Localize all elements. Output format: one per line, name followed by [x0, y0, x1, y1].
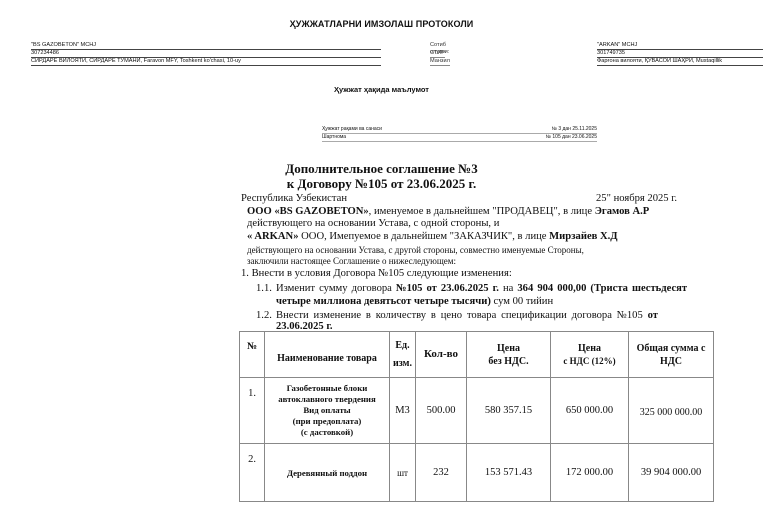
clause-1-1-text: Изменит сумму договора: [276, 283, 396, 294]
clause-1-1-amount: 364 904 000,00 (Триста шестьдесят: [517, 283, 687, 294]
header-price-vat-line2: с НДС (12%): [551, 355, 628, 368]
agreement-title: Дополнительное соглашение №3: [0, 161, 763, 176]
clause-1-1-amount-words: четыре миллиона девятьсот четыре тысячи): [276, 296, 491, 307]
clause-1-1-num: 1.1.: [256, 283, 272, 295]
seller-paragraph: ООО «BS GAZOBETON», именуемое в дальнейш…: [247, 206, 649, 218]
buyer-company: « ARKAN»: [247, 231, 299, 242]
place: Республика Узбекистан: [241, 193, 347, 205]
product-line: автоклавного твердения: [265, 394, 389, 405]
header-unit-line1: Ед.: [390, 339, 415, 352]
header-total-line2: НДС: [629, 355, 713, 368]
product-line: Газобетонные блоки: [265, 383, 389, 394]
agreement-date: 25" ноября 2025 г.: [596, 193, 677, 205]
doc-info-row: Шартнома № 105 дан 23.06.2025: [322, 134, 597, 142]
row-price: 153 571.43: [467, 444, 551, 502]
clause-1: 1. Внести в условия Договора №105 следую…: [241, 268, 512, 280]
doc-info-title: Ҳужжат ҳақида маълумот: [0, 85, 763, 94]
doc-info-row: Ҳужжат рақами ва санаси № 3 дан 25.11.20…: [322, 126, 597, 134]
row-price-vat: 650 000.00: [551, 378, 629, 444]
buyer-paragraph-text: ООО, Имепуемое в дальнейшем "ЗАКАЗЧИК", …: [299, 231, 550, 242]
clause-1-2-num: 1.2.: [256, 310, 272, 322]
table-row: 2. Деревянный поддон шт 232 153 571.43 1…: [240, 444, 714, 502]
doc-info-label: Шартнома: [322, 134, 346, 140]
clause-1-2-text: Внести изменение в количеству в цено тов…: [276, 310, 648, 321]
row-price-vat: 172 000.00: [551, 444, 629, 502]
seller-company: ООО «BS GAZOBETON»: [247, 206, 369, 217]
clause-1-1: Изменит сумму договора №105 от 23.06.202…: [276, 283, 687, 295]
row-product: Деревянный поддон: [265, 444, 390, 502]
doc-info-label: Ҳужжат рақами ва санаси: [322, 126, 382, 132]
header-price-line1: Цена: [467, 342, 550, 355]
table-header-row: № Наименование товара Ед.изм. Кол-во Цен…: [240, 332, 714, 378]
product-line: (с дастовкой): [265, 427, 389, 438]
row-price: 580 357.15: [467, 378, 551, 444]
row-no: 2.: [240, 444, 265, 502]
header-price: Ценабез НДС.: [467, 332, 551, 378]
buyer-inn: 301749735: [597, 50, 763, 58]
row-qty: 500.00: [416, 378, 467, 444]
doc-info-value: № 3 дан 25.11.2025: [552, 126, 597, 133]
seller-basis: действующего на основании Устава, с одно…: [247, 218, 499, 230]
table-row: 1. Газобетонные блоки автоклавного тверд…: [240, 378, 714, 444]
protocol-title: ҲУЖЖАТЛАРНИ ИМЗОЛАШ ПРОТОКОЛИ: [0, 19, 763, 29]
specification-table: № Наименование товара Ед.изм. Кол-во Цен…: [239, 331, 714, 502]
buyer-paragraph: « ARKAN» ООО, Имепуемое в дальнейшем "ЗА…: [247, 231, 618, 243]
header-price-line2: без НДС.: [467, 355, 550, 368]
address-label: Манзил: [430, 58, 450, 66]
header-price-vat: Ценас НДС (12%): [551, 332, 629, 378]
row-total: 39 904 000.00: [629, 444, 714, 502]
clause-1-2: Внести изменение в количеству в цено тов…: [276, 310, 658, 322]
buyer-address: Фарғона вилояти, ҚУВАСОЙ ШАҲРИ, Mustaqil…: [597, 58, 763, 66]
header-unit-line2: изм.: [390, 357, 415, 370]
seller-paragraph-text: , именуемое в дальнейшем "ПРОДАВЕЦ", в л…: [369, 206, 595, 217]
row-unit: М3: [390, 378, 416, 444]
agreement-intro: заключили настоящее Соглашение о нижесле…: [247, 255, 456, 267]
header-qty: Кол-во: [416, 332, 467, 378]
clause-1-1-currency: сум 00 тийин: [491, 296, 553, 307]
product-line: Деревянный поддон: [265, 468, 389, 479]
seller-name: "BS GAZOBETON" MCHJ: [31, 42, 381, 50]
header-unit: Ед.изм.: [390, 332, 416, 378]
buyer-name: "ARKAN" MCHJ: [597, 42, 763, 50]
header-price-vat-line1: Цена: [551, 342, 628, 355]
header-total: Общая сумма сНДС: [629, 332, 714, 378]
seller-representative: Эгамов А.Р: [595, 206, 650, 217]
seller-address: СИРДАРЁ ВИЛОЯТИ, СИРДАРЁ ТУМАНИ, Faravon…: [31, 58, 381, 66]
row-product: Газобетонные блоки автоклавного твердени…: [265, 378, 390, 444]
row-unit: шт: [390, 444, 416, 502]
inn-label: СТИР: [430, 50, 445, 58]
header-no: №: [240, 332, 265, 378]
agreement-subtitle: к Договору №105 от 23.06.2025 г.: [0, 176, 763, 191]
row-qty: 232: [416, 444, 467, 502]
row-total: 325 000 000.00: [629, 378, 714, 444]
clause-1-2-text-bold: от: [648, 310, 658, 321]
buyer-representative: Мирзайев Х.Д: [549, 231, 617, 242]
seller-inn: 307234486: [31, 50, 381, 58]
doc-info-value: № 105 дан 23.06.2025: [546, 134, 597, 141]
header-name: Наименование товара: [265, 332, 390, 378]
clause-1-1-text: на: [499, 283, 517, 294]
clause-1-1-contract: №105 от 23.06.2025 г.: [396, 283, 499, 294]
clause-1-1-cont: четыре миллиона девятьсот четыре тысячи)…: [276, 296, 553, 308]
header-total-line1: Общая сумма с: [629, 342, 713, 355]
row-no: 1.: [240, 378, 265, 444]
product-line: Вид оплаты: [265, 405, 389, 416]
product-line: (при предоплата): [265, 416, 389, 427]
